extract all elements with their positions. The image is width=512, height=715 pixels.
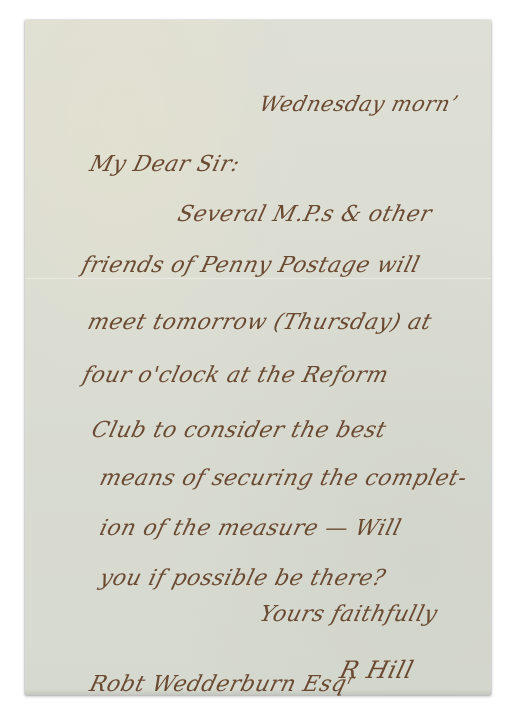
letter-body-line: meet tomorrow (Thursday) at: [85, 310, 434, 335]
letter-body-line: Several M.P.s & other: [175, 202, 434, 227]
letter-salutation: My Dear Sir:: [87, 152, 243, 177]
letter-addressee: Robt Wedderburn Esqʳ: [87, 672, 358, 697]
letter-paper: Wednesday mornʼ My Dear Sir: Several M.P…: [25, 20, 491, 695]
letter-closing: Yours faithfully: [257, 602, 440, 627]
letter-body-line: ion of the measure — Will: [97, 516, 404, 541]
letter-dateline: Wednesday mornʼ: [257, 92, 460, 116]
letter-body-line: four o'clock at the Reform: [80, 363, 391, 388]
paper-fold-crease: [25, 278, 491, 279]
letter-body-line: Club to consider the best: [89, 418, 389, 443]
letter-body-line: friends of Penny Postage will: [79, 253, 422, 278]
letter-body-line: means of securing the complet-: [97, 466, 470, 491]
letter-body-line: you if possible be there?: [97, 566, 388, 591]
